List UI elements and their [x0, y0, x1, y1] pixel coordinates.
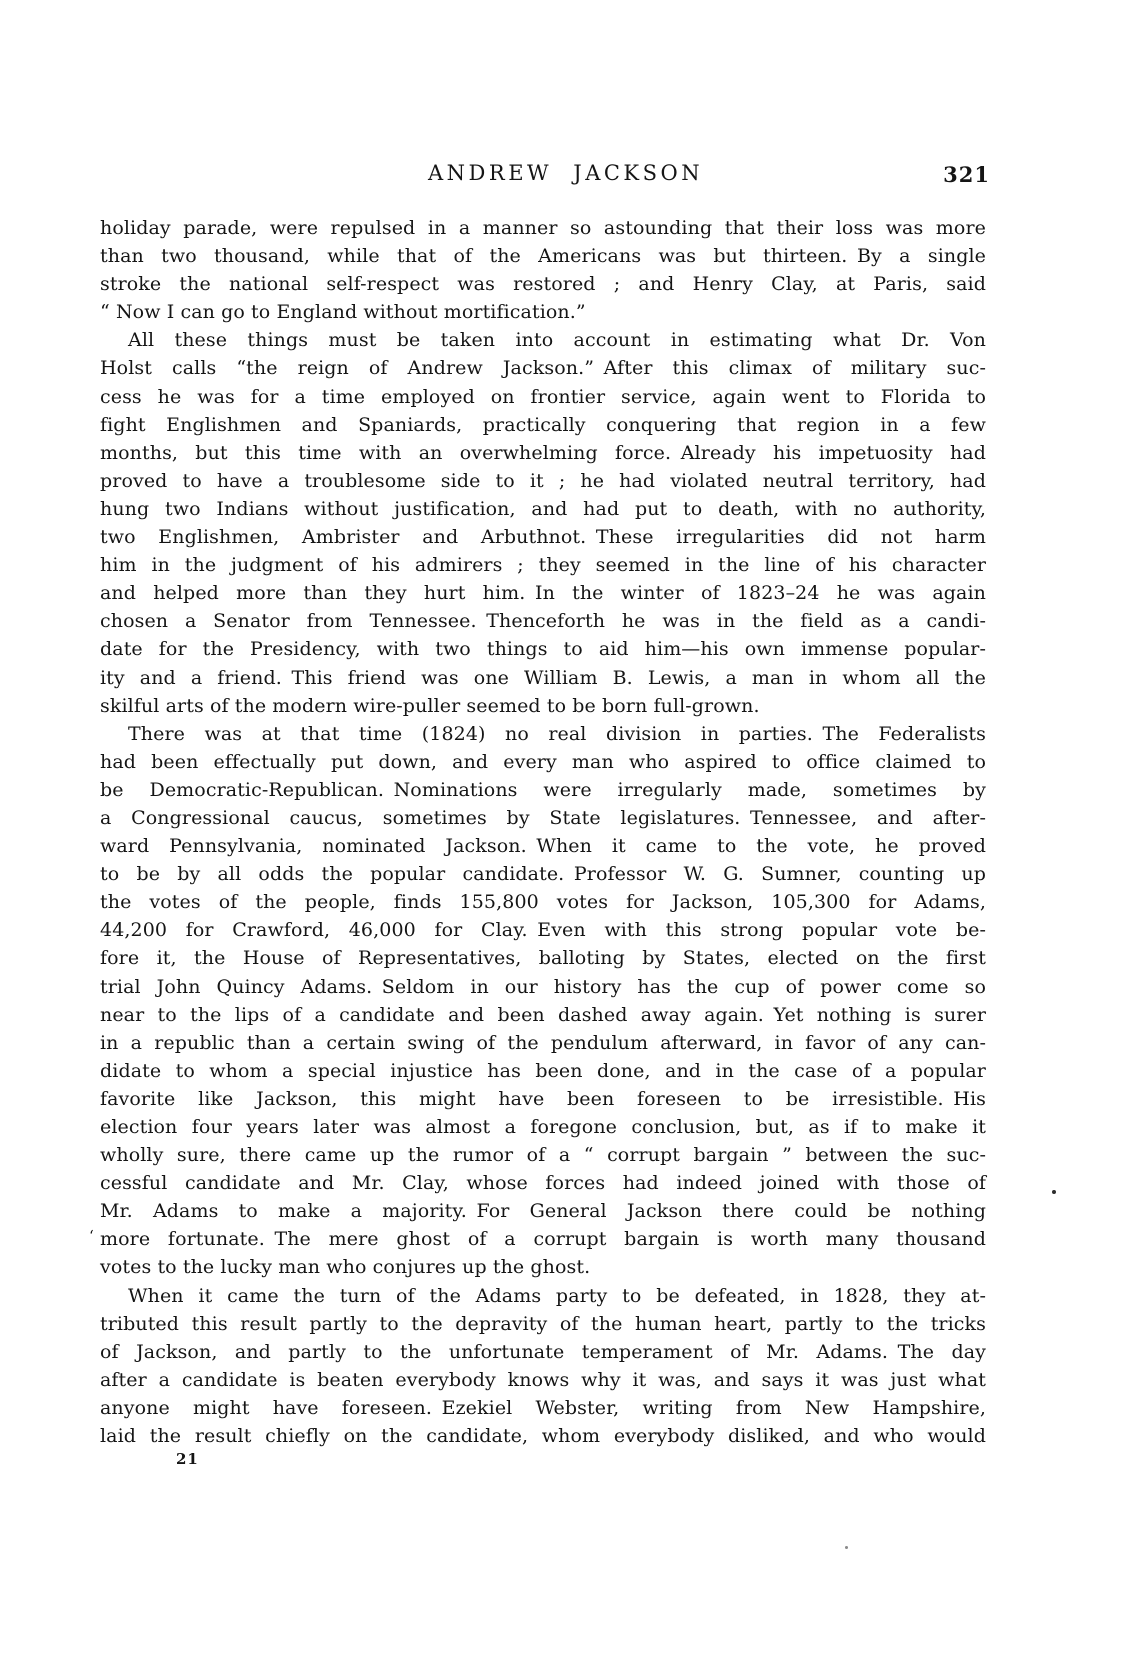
text-line: anyone might have foreseen. Ezekiel Webs…: [100, 1394, 986, 1422]
text-line: wholly sure, there came up the rumor of …: [100, 1141, 986, 1169]
text-line: and helped more than they hurt him. In t…: [100, 579, 986, 607]
text-line: laid the result chiefly on the candidate…: [100, 1422, 986, 1450]
text-line: holiday parade, were repulsed in a manne…: [100, 214, 986, 242]
text-line: Mr. Adams to make a majority. For Genera…: [100, 1197, 986, 1225]
text-line: fight Englishmen and Spaniards, practica…: [100, 411, 986, 439]
text-line: a Congressional caucus, sometimes by Sta…: [100, 804, 986, 832]
text-line: election four years later was almost a f…: [100, 1113, 986, 1141]
text-line: favorite like Jackson, this might have b…: [100, 1085, 986, 1113]
text-line: be Democratic-Republican. Nominations we…: [100, 776, 986, 804]
text-line: proved to have a troublesome side to it …: [100, 467, 986, 495]
text-line: fore it, the House of Representatives, b…: [100, 944, 986, 972]
text-line: didate to whom a special injustice has b…: [100, 1057, 986, 1085]
text-line: ward Pennsylvania, nominated Jackson. Wh…: [100, 832, 986, 860]
text-line: him in the judgment of his admirers ; th…: [100, 551, 986, 579]
signature-mark: 21: [176, 1450, 199, 1468]
scan-speck: [845, 1546, 848, 1549]
text-line: trial John Quincy Adams. Seldom in our h…: [100, 973, 986, 1001]
text-line: tributed this result partly to the depra…: [100, 1310, 986, 1338]
book-page: ANDREW JACKSON 321 holiday parade, were …: [0, 0, 1137, 1667]
text-line: date for the Presidency, with two things…: [100, 635, 986, 663]
text-line: All these things must be taken into acco…: [100, 326, 986, 354]
text-line: of Jackson, and partly to the unfortunat…: [100, 1338, 986, 1366]
text-line: two Englishmen, Ambrister and Arbuthnot.…: [100, 523, 986, 551]
text-line: chosen a Senator from Tennessee. Thencef…: [100, 607, 986, 635]
text-line: months, but this time with an overwhelmi…: [100, 439, 986, 467]
text-line: When it came the turn of the Adams party…: [100, 1282, 986, 1310]
text-line: votes to the lucky man who conjures up t…: [100, 1253, 986, 1281]
scan-speck: [1052, 1190, 1056, 1194]
body-text: holiday parade, were repulsed in a manne…: [100, 214, 986, 1450]
text-line: to be by all odds the popular candidate.…: [100, 860, 986, 888]
text-line: in a republic than a certain swing of th…: [100, 1029, 986, 1057]
text-line: near to the lips of a candidate and been…: [100, 1001, 986, 1029]
text-line: ity and a friend. This friend was one Wi…: [100, 664, 986, 692]
text-line: than two thousand, while that of the Ame…: [100, 242, 986, 270]
stray-mark: ‘: [89, 1222, 94, 1250]
text-line: had been effectually put down, and every…: [100, 748, 986, 776]
text-line: skilful arts of the modern wire-puller s…: [100, 692, 986, 720]
page-number: 321: [943, 164, 990, 185]
text-line: There was at that time (1824) no real di…: [100, 720, 986, 748]
text-line: “ Now I can go to England without mortif…: [100, 298, 986, 326]
text-line: after a candidate is beaten everybody kn…: [100, 1366, 986, 1394]
text-line: cessful candidate and Mr. Clay, whose fo…: [100, 1169, 986, 1197]
text-line: Holst calls “the reign of Andrew Jackson…: [100, 354, 986, 382]
text-line: ‘more fortunate. The mere ghost of a cor…: [100, 1225, 986, 1253]
text-line: the votes of the people, finds 155,800 v…: [100, 888, 986, 916]
running-header-title: ANDREW JACKSON: [428, 163, 703, 184]
text-line: stroke the national self-respect was res…: [100, 270, 986, 298]
text-line: 44,200 for Crawford, 46,000 for Clay. Ev…: [100, 916, 986, 944]
text-line: cess he was for a time employed on front…: [100, 383, 986, 411]
text-line: hung two Indians without justification, …: [100, 495, 986, 523]
